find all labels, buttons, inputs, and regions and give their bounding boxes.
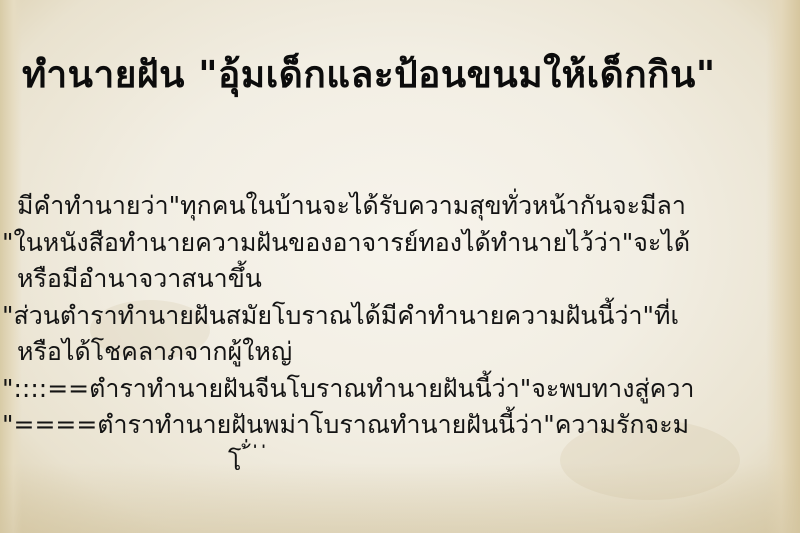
dream-interpretation-text: มีคำทำนายว่า"ทุกคนในบ้านจะได้รับความสุขท…: [0, 188, 800, 480]
text-line: มีคำทำนายว่า"ทุกคนในบ้านจะได้รับความสุขท…: [0, 188, 800, 225]
text-line: "ส่วนตำราทำนายฝันสมัยโบราณได้มีคำทำนายคว…: [0, 298, 800, 335]
text-line: "ในหนังสือทำนายความฝันของอาจารย์ทองได้ทำ…: [0, 225, 800, 262]
text-line-partial: โ ้่ ่ ่: [0, 444, 800, 481]
page-title: ทำนายฝัน "อุ้มเด็กและป้อนขนมให้เด็กกิน": [22, 45, 716, 104]
text-line: "::::==ตำราทำนายฝันจีนโบราณทำนายฝันนี้ว่…: [0, 371, 800, 408]
text-line: หรือได้โชคลาภจากผู้ใหญ่: [0, 334, 800, 371]
text-line: หรือมีอำนาจวาสนาขึ้น: [0, 261, 800, 298]
text-line: "====ตำราทำนายฝันพม่าโบราณทำนายฝันนี้ว่า…: [0, 407, 800, 444]
